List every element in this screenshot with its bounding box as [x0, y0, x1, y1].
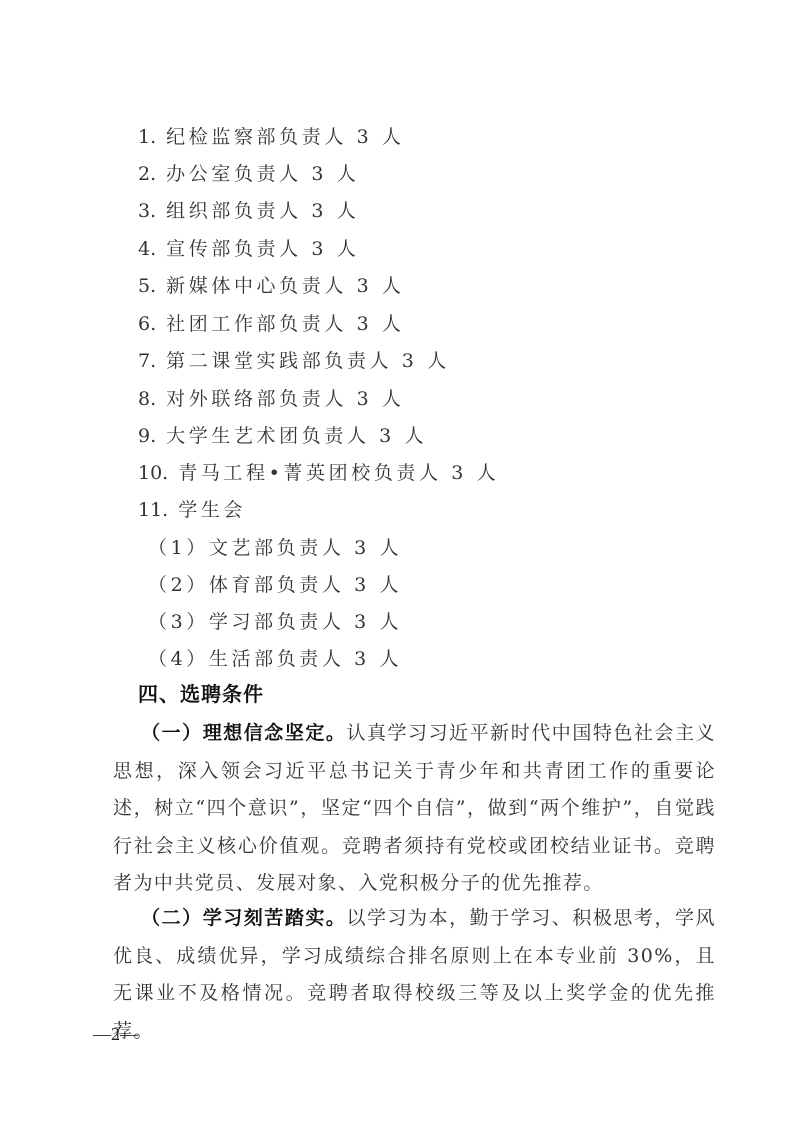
sub-list-item: （3）学习部负责人 3 人: [148, 610, 402, 634]
list-number: 3.: [138, 200, 156, 222]
section-heading: 四、选聘条件: [138, 681, 264, 707]
list-item: 7.第二课堂实践部负责人 3 人: [138, 349, 450, 373]
list-item: 5.新媒体中心负责人 3 人: [138, 274, 405, 298]
list-number: 7.: [138, 350, 156, 372]
sub-list-text: 文艺部负责人 3 人: [209, 537, 402, 559]
list-item: 8.对外联络部负责人 3 人: [138, 387, 405, 411]
list-number: 1.: [138, 126, 156, 148]
page-number: —2—: [93, 1022, 138, 1046]
list-item: 11.学生会: [138, 498, 246, 522]
sub-list-number: （3）: [148, 611, 209, 633]
list-text: 宣传部负责人 3 人: [166, 238, 359, 260]
list-item: 4.宣传部负责人 3 人: [138, 237, 359, 261]
list-text: 学生会: [178, 499, 246, 521]
list-item: 9.大学生艺术团负责人 3 人: [138, 424, 427, 448]
list-number: 2.: [138, 163, 156, 185]
list-number: 6.: [138, 313, 156, 335]
list-text: 办公室负责人 3 人: [166, 163, 359, 185]
sub-list-number: （2）: [148, 574, 209, 596]
document-page: 1.纪检监察部负责人 3 人 2.办公室负责人 3 人 3.组织部负责人 3 人…: [0, 0, 794, 1122]
list-text: 大学生艺术团负责人 3 人: [166, 425, 427, 447]
list-number: 8.: [138, 388, 156, 410]
sub-list-text: 生活部负责人 3 人: [209, 648, 402, 670]
list-text: 青马工程•菁英团校负责人 3 人: [178, 462, 499, 484]
condition-paragraph: （一）理想信念坚定。认真学习习近平新时代中国特色社会主义思想，深入领会习近平总书…: [113, 715, 716, 903]
list-item: 1.纪检监察部负责人 3 人: [138, 125, 405, 149]
sub-list-text: 学习部负责人 3 人: [209, 611, 402, 633]
sub-list-text: 体育部负责人 3 人: [209, 574, 402, 596]
list-item: 6.社团工作部负责人 3 人: [138, 312, 405, 336]
list-item: 2.办公室负责人 3 人: [138, 162, 359, 186]
condition-paragraph: （二）学习刻苦踏实。以学习为本，勤于学习、积极思考，学风优良、成绩优异，学习成绩…: [113, 900, 716, 1050]
list-number: 9.: [138, 425, 156, 447]
list-text: 社团工作部负责人 3 人: [166, 313, 404, 335]
sub-list-item: （1）文艺部负责人 3 人: [148, 536, 402, 560]
list-item: 10.青马工程•菁英团校负责人 3 人: [138, 461, 499, 485]
sub-list-item: （4）生活部负责人 3 人: [148, 647, 402, 671]
list-text: 新媒体中心负责人 3 人: [166, 275, 404, 297]
condition-body: 认真学习习近平新时代中国特色社会主义思想，深入领会习近平总书记关于青少年和共青团…: [113, 722, 716, 894]
list-text: 纪检监察部负责人 3 人: [166, 126, 404, 148]
sub-list-number: （1）: [148, 537, 209, 559]
list-text: 组织部负责人 3 人: [166, 200, 359, 222]
list-number: 4.: [138, 238, 156, 260]
list-text: 对外联络部负责人 3 人: [166, 388, 404, 410]
list-item: 3.组织部负责人 3 人: [138, 199, 359, 223]
condition-lead: （一）理想信念坚定。: [141, 722, 346, 744]
list-text: 第二课堂实践部负责人 3 人: [166, 350, 450, 372]
list-number: 5.: [138, 275, 156, 297]
condition-lead: （二）学习刻苦踏实。: [141, 907, 346, 929]
sub-list-number: （4）: [148, 648, 209, 670]
sub-list-item: （2）体育部负责人 3 人: [148, 573, 402, 597]
list-number: 11.: [138, 499, 168, 521]
list-number: 10.: [138, 462, 168, 484]
